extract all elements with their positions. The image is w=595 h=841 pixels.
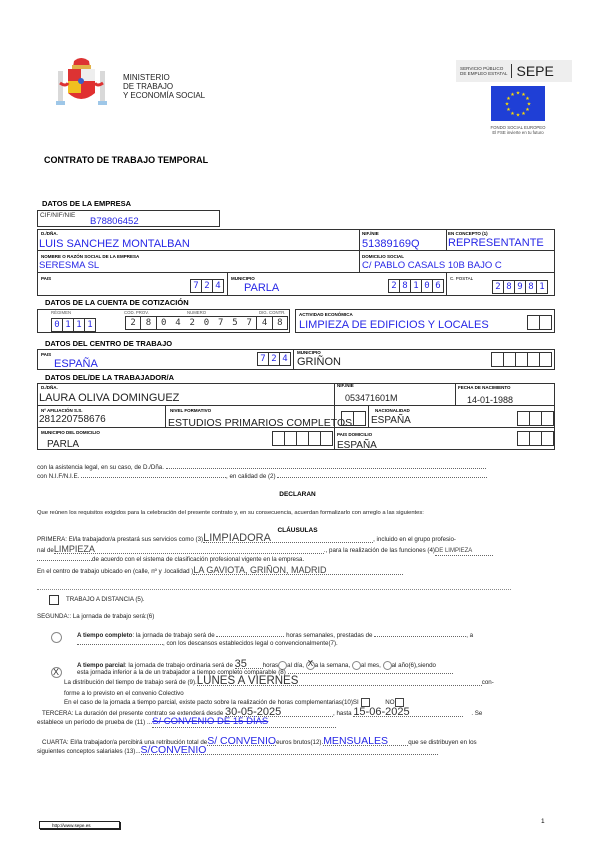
cuarta-text-d: siguientes conceptos salariales (13)... (37, 748, 141, 755)
opt-semana: a la semana, (315, 662, 350, 669)
ccc-number[interactable]: 28042075748 (125, 316, 288, 330)
afiliacion-value[interactable]: 281220758676 (39, 414, 106, 426)
parcial-mark: X (53, 667, 59, 677)
trabajador-municipio-code[interactable] (273, 431, 333, 446)
se-text: . Se (471, 710, 482, 717)
empresa-municipio-value[interactable]: PARLA (244, 282, 279, 294)
eu-fund-line: El FSE invierte en tu futuro (470, 130, 566, 135)
completo-text-a: : la jornada de trabajo será de (132, 632, 214, 639)
digit-cell: 6 (432, 279, 444, 293)
ccc-digit: 0 (199, 317, 213, 329)
primera-text-e: de acuerdo con el sistema de clasificaci… (92, 556, 304, 563)
trabajador-dona-value[interactable]: LAURA OLIVA DOMINGUEZ (39, 392, 179, 404)
primera-text: PRIMERA: El/la trabajador/a prestará sus… (37, 536, 203, 543)
centro-pais-label: PAIS (41, 352, 51, 357)
centro-direccion-input[interactable]: LA GAVIOTA, GRIÑON, MADRID (193, 566, 403, 575)
primera-text-d: ., para la realización de las funciones … (324, 547, 435, 554)
trabajador-nif-label: NIF./NIE (337, 383, 354, 388)
razon-label: NOMBRE O RAZÓN SOCIAL DE LA EMPRESA (41, 254, 139, 259)
actividad-code[interactable] (528, 315, 552, 330)
completo-radio[interactable] (51, 630, 62, 648)
regimen-label: RÉGIMEN (51, 310, 71, 315)
cuarta-text-c: que se distribuyen en los (408, 739, 476, 746)
svg-text:★: ★ (525, 96, 530, 102)
nif-line: con N.I.F/N.I.E. , en calidad de (2) (37, 473, 517, 481)
digit-cell: 1 (536, 280, 548, 294)
section-centro: DATOS DEL CENTRO DE TRABAJO (45, 339, 172, 348)
opt-mes: al mes, (361, 662, 381, 669)
asistencia-input[interactable] (166, 468, 486, 469)
calidad-text: , en calidad de (2) (226, 473, 276, 480)
asistencia-text: con la asistencia legal, en su caso, de … (37, 464, 164, 471)
reunen-text: Que reúnen los requisitos exigidos para … (37, 509, 424, 517)
municipio-label: MUNICIPIO (231, 276, 255, 281)
cp-label: C. POSTAL (450, 276, 473, 281)
domicilio-label: DOMICILIO SOCIAL (362, 254, 404, 259)
nacionalidad-label: NACIONALIDAD (375, 408, 410, 413)
pais-domicilio-code[interactable] (518, 431, 554, 446)
nacionalidad-value[interactable]: ESPAÑA (371, 415, 411, 427)
prueba-input[interactable]: S/ CONVENIO DE 15 DÍAS (152, 718, 336, 728)
completo-horas-input[interactable] (216, 636, 284, 637)
centro-line: En el centro de trabajo ubicado en (call… (37, 566, 403, 576)
digit-cell: 4 (212, 279, 224, 293)
conforme-text: forme a lo previsto en el convenio Colec… (64, 690, 184, 698)
asistencia-line: con la asistencia legal, en su caso, de … (37, 464, 517, 472)
centro-municipio-value[interactable]: GRIÑON (297, 356, 341, 368)
prueba-text: establece un período de prueba de (11) .… (37, 719, 152, 726)
cuarta-line-2: siguientes conceptos salariales (13)...S… (37, 746, 438, 756)
empresa-municipio-code[interactable]: 28106 (389, 279, 444, 293)
parcial-text-a: : la jornada de trabajo ordinaria será d… (125, 662, 233, 669)
completo-text-b: horas semanales, prestadas de (286, 632, 372, 639)
dona-label: D./DÑA. (41, 231, 58, 236)
trabajador-municipio-label: MUNICIPIO DEL DOMICILIO (41, 430, 100, 435)
prov-label: COD. PROV. (124, 310, 149, 315)
ccc-digit: 8 (141, 317, 156, 329)
completo-line-2: , con los descansos establecidos legal o… (77, 640, 338, 648)
section-cotizacion: DATOS DE LA CUENTA DE COTIZACIÓN (45, 298, 189, 307)
complementarias-text: En el caso de la jornada a tiempo parcia… (64, 699, 359, 706)
eu-flag-icon: ★★★★★★★★★★★★ (491, 86, 545, 121)
svg-text:★: ★ (510, 92, 515, 98)
pais-domicilio-value[interactable]: ESPAÑA (337, 440, 377, 452)
svg-text:★: ★ (505, 102, 510, 108)
ministry-name: MINISTERIO DE TRABAJO Y ECONOMÍA SOCIAL (123, 73, 205, 100)
svg-text:★: ★ (516, 113, 521, 119)
empresa-pais-code[interactable]: 724 (191, 279, 224, 293)
prueba-line: establece un período de prueba de (11) .… (37, 718, 336, 728)
ccc-digit: 8 (273, 317, 287, 329)
page-number: 1 (541, 818, 545, 825)
ccc-digit: 2 (126, 317, 141, 329)
distancia-label: TRABAJO A DISTANCIA (5). (66, 596, 145, 604)
svg-text:★: ★ (525, 107, 530, 113)
ccc-digit: 7 (214, 317, 228, 329)
svg-text:★: ★ (521, 111, 526, 117)
ccc-digit: 4 (171, 317, 185, 329)
distribucion-text-b: con- (482, 679, 494, 686)
nivel-value[interactable]: ESTUDIOS PRIMARIOS COMPLETOS (168, 417, 352, 429)
parcial-horas-input[interactable]: 35 (235, 660, 263, 669)
completo-desde-input[interactable] (374, 636, 466, 637)
empresa-nif-value[interactable]: 51389169Q (362, 238, 420, 250)
trabajador-municipio-value[interactable]: PARLA (47, 439, 79, 451)
parcial-radio[interactable]: X (51, 665, 62, 683)
centro-pais-value[interactable]: ESPAÑA (54, 358, 98, 370)
razon-value[interactable]: SERESMA SL (39, 260, 99, 272)
actividad-field[interactable]: ACTIVIDAD ECONÓMICA LIMPIEZA DE EDIFICIO… (295, 309, 555, 333)
svg-text:★: ★ (510, 111, 515, 117)
eu-fund-caption: FONDO SOCIAL EUROPEO El FSE invierte en … (470, 125, 566, 135)
nacimiento-label: FECHA DE NACIMIENTO (458, 385, 511, 390)
ccc-digit: 2 (185, 317, 199, 329)
ccc-digit: 7 (242, 317, 257, 329)
distancia-option[interactable]: TRABAJO A DISTANCIA (5). (49, 595, 145, 605)
blank-line (37, 589, 511, 590)
ministry-line: Y ECONOMÍA SOCIAL (123, 91, 205, 100)
concepto-label: EN CONCEPTO (1) (448, 231, 488, 236)
centro-pais-code[interactable]: 724 (258, 352, 291, 366)
asistencia-nif-input[interactable] (81, 477, 226, 478)
completo-hasta-input[interactable] (77, 644, 163, 645)
nivel-code[interactable] (342, 411, 366, 426)
centro-municipio-code[interactable] (492, 352, 552, 367)
centro-municipio-label: MUNICIPIO (297, 350, 321, 355)
sepe-line: DE EMPLEO ESTATAL (460, 71, 507, 77)
actividad-value: LIMPIEZA DE EDIFICIOS Y LOCALES (299, 319, 489, 331)
comparable-input[interactable] (288, 673, 453, 674)
pais-label: PAIS (41, 276, 51, 281)
clausulas-heading: CLÁUSULAS (0, 527, 595, 534)
distribucion-input[interactable]: LUNES A VIERNES (197, 677, 482, 686)
completo-text-c: , a (466, 632, 473, 639)
section-trabajador: DATOS DEL/DE LA TRABAJADOR/A (45, 373, 174, 382)
svg-text:★: ★ (506, 107, 511, 113)
hasta-label: , hasta (333, 710, 352, 717)
section-empresa: DATOS DE LA EMPRESA (42, 199, 131, 208)
conceptos-input[interactable]: S/CONVENIO (141, 746, 438, 755)
parcial-text-b: horas (263, 662, 278, 669)
completo-text-d: , con los descansos establecidos legal o… (163, 640, 338, 647)
cif-value: B78806452 (90, 216, 139, 228)
ministry-line: MINISTERIO (123, 73, 205, 82)
distribucion-line: La distribución del tiempo de trabajo se… (64, 677, 494, 687)
puesto-input[interactable]: LIMPIADORA (203, 534, 373, 543)
distancia-checkbox[interactable] (49, 595, 59, 605)
periodo-input[interactable]: MENSUALES (323, 737, 408, 746)
primera-line-3: de acuerdo con el sistema de clasificaci… (37, 556, 304, 564)
cif-label: CIF/NIF/NIE (40, 212, 75, 219)
trabajador-dona-label: D./DÑA. (41, 385, 58, 390)
afiliacion-label: Nº AFILIACIÓN S.S. (41, 408, 82, 413)
hasta-input[interactable]: 15-06-2025 (353, 708, 463, 717)
ministry-line: DE TRABAJO (123, 82, 205, 91)
nif-line-text: con N.I.F/N.I.E. (37, 473, 79, 480)
footer-url: http://www.sepe.es (52, 823, 91, 828)
primera-text-b: , incluido en el grupo profesio- (373, 536, 456, 543)
coat-of-arms-icon (54, 53, 109, 111)
concepto-value[interactable]: REPRESENTANTE (448, 237, 544, 249)
parcial-bold: A tiempo parcial (77, 662, 125, 669)
funciones-continued[interactable] (37, 560, 92, 561)
cuarta-text-b: euros brutos(12). (276, 739, 323, 746)
sepe-logo: SERVICIO PÚBLICO DE EMPLEO ESTATAL SEPE (456, 60, 572, 82)
completo-bold: A tiempo completo (77, 632, 132, 639)
regimen-code[interactable]: 0111 (52, 318, 96, 332)
declaran-heading: DECLARAN (0, 491, 595, 498)
retribucion-input[interactable]: S/ CONVENIO (207, 737, 276, 746)
nacimiento-value[interactable]: 14-01-1988 (467, 394, 513, 406)
domicilio-value[interactable]: C/ PABLO CASALS 10B BAJO C (362, 260, 502, 272)
opt-dia: al día, (287, 662, 304, 669)
postal-code[interactable]: 28981 (493, 280, 548, 294)
ccc-digit: 4 (257, 317, 272, 329)
primera-line-1: PRIMERA: El/la trabajador/a prestará sus… (37, 534, 456, 544)
funciones-input[interactable]: DE LIMPIEZA (435, 547, 493, 556)
ccc-digit: 0 (157, 317, 171, 329)
calidad-input[interactable] (277, 477, 487, 478)
primera-line-2: nal deLIMPIEZA., para la realización de … (37, 545, 493, 556)
empresa-dona-value[interactable]: LUIS SANCHEZ MONTALBAN (39, 238, 190, 250)
completo-line-1: A tiempo completo: la jornada de trabajo… (77, 632, 473, 640)
prueba-value: S/ CONVENIO DE 15 DÍAS (152, 716, 268, 727)
footer-url-link[interactable]: http://www.sepe.es (39, 821, 120, 829)
distribucion-text: La distribución del tiempo de trabajo se… (64, 679, 197, 686)
nacionalidad-code[interactable] (518, 411, 554, 426)
primera-text-c: nal de (37, 547, 54, 554)
grupo-input[interactable]: LIMPIEZA (54, 545, 324, 554)
centro-block (37, 349, 555, 370)
dig-label: DIG. CONTR. (259, 310, 286, 315)
nif-label: NIF./NIE (362, 231, 379, 236)
cif-field[interactable]: CIF/NIF/NIE B78806452 (37, 210, 220, 227)
sepe-wordmark: SEPE (516, 63, 553, 79)
numero-label: NUMERO (187, 310, 206, 315)
page-title: CONTRATO DE TRABAJO TEMPORAL (44, 155, 208, 165)
digit-cell: 1 (84, 318, 96, 332)
ccc-digit: 5 (228, 317, 242, 329)
segunda-text: SEGUNDA:: La jornada de trabajo será:(6) (37, 613, 154, 621)
centro-text: En el centro de trabajo ubicado en (call… (37, 568, 193, 575)
opt-ano: al año(6),siendo (392, 662, 436, 669)
actividad-label: ACTIVIDAD ECONÓMICA (299, 312, 353, 317)
trabajador-nif-value[interactable]: 053471601M (345, 392, 398, 404)
svg-text:★: ★ (516, 91, 521, 97)
nivel-label: NIVEL FORMATIVO (170, 408, 211, 413)
digit-cell: 4 (279, 352, 291, 366)
pais-domicilio-label: PAIS DOMICILIO (337, 432, 372, 437)
